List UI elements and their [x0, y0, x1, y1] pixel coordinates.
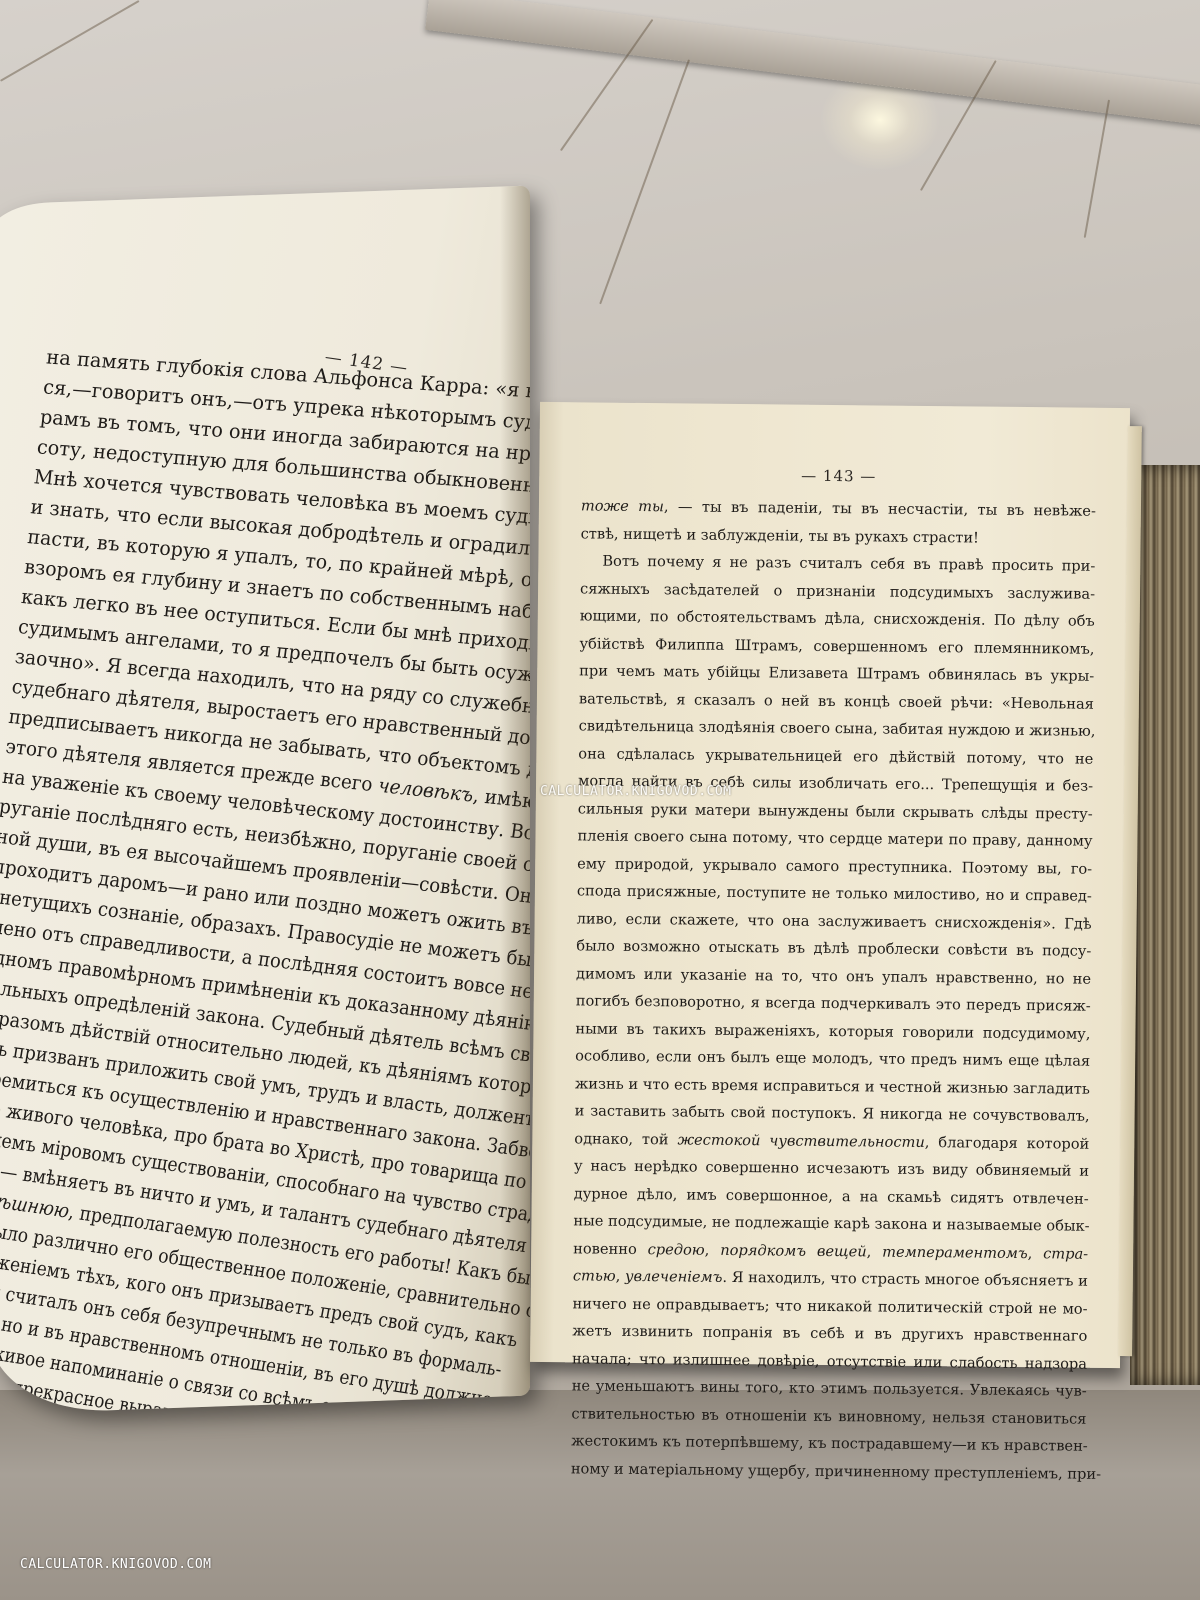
watermark-center: CALCULATOR.KNIGOVOD.COM [540, 784, 732, 799]
book-page-left: — 142 — на память глубокія слова Альфонс… [0, 186, 530, 1415]
gutter-shadow [500, 186, 530, 1397]
page-143-text: — 143 — тоже ты, — ты въ паденіи, ты въ … [571, 464, 1097, 1487]
right-page-lines: тоже ты, — ты въ паденіи, ты въ несчасті… [571, 492, 1096, 1487]
page-number: — 143 — [581, 464, 1096, 487]
left-page-lines: на память глубокія слова Альфонса Карра:… [0, 342, 525, 1414]
woven-placemat [1130, 465, 1200, 1385]
text-line: ному и матеріальному ущербу, причиненном… [571, 1455, 1086, 1488]
marble-counter-edge [425, 0, 1200, 139]
watermark-corner: CALCULATOR.KNIGOVOD.COM [20, 1557, 212, 1572]
page-142-text: — 142 — на память глубокія слова Альфонс… [0, 342, 525, 1414]
book-page-right: — 143 — тоже ты, — ты въ паденіи, ты въ … [530, 402, 1130, 1368]
